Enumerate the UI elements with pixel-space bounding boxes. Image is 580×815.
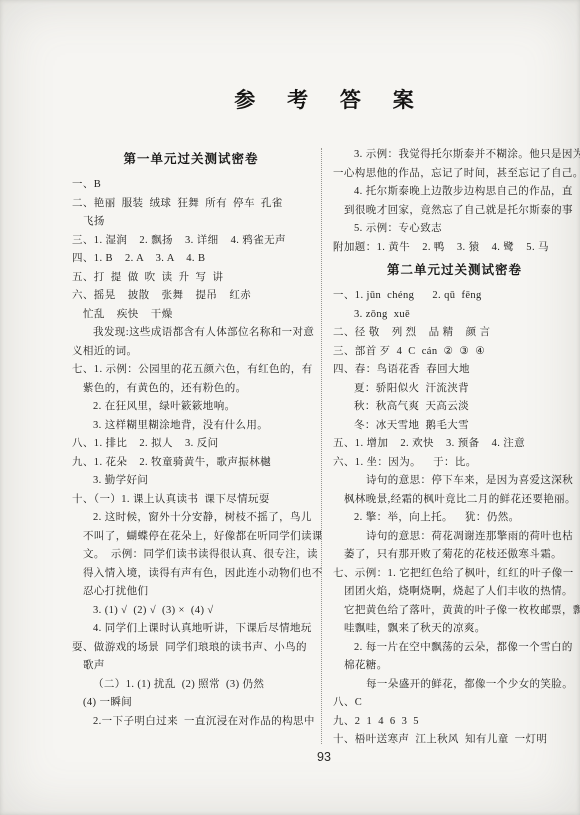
answer-line: 四、1. B 2. A 3. A 4. B xyxy=(72,250,310,269)
answer-line: 哇飘哇，飘来了秋天的凉爽。 xyxy=(333,620,576,639)
left-column: 第一单元过关测试密卷一、B二、艳丽 服装 绒球 狂舞 所有 停车 孔雀飞扬三、1… xyxy=(72,146,310,750)
answer-line: 附加题：1. 黄牛 2. 鸭 3. 猿 4. 鹭 5. 马 xyxy=(333,239,576,258)
answer-key-page: 参 考 答 案 第一单元过关测试密卷一、B二、艳丽 服装 绒球 狂舞 所有 停车… xyxy=(0,0,580,815)
answer-line: 八、1. 排比 2. 拟人 3. 反问 xyxy=(72,435,310,454)
answer-line: 七、1. 示例：公园里的花五颜六色，有红色的，有 xyxy=(72,361,310,380)
right-column: 3. 示例：我觉得托尔斯泰并不糊涂。他只是因为一心构思他的作品，忘记了时间，甚至… xyxy=(333,146,576,750)
answer-line: 诗句的意思：停下车来，是因为喜爱这深秋 xyxy=(333,472,576,491)
answer-line: 得入情入境，读得有声有色，因此连小动物们也不 xyxy=(72,565,310,584)
answer-line: 忍心打扰他们 xyxy=(72,583,310,602)
answer-line: 秋：秋高气爽 天高云淡 xyxy=(333,398,576,417)
answer-line: 3. 这样糊里糊涂地背，没有什么用。 xyxy=(72,417,310,436)
answer-line: 二、艳丽 服装 绒球 狂舞 所有 停车 孔雀 xyxy=(72,195,310,214)
answer-line: 不叫了，蝴蝶停在花朵上，好像都在听同学们读课 xyxy=(72,528,310,547)
answer-line: 六、摇晃 披散 张舞 提吊 红赤 xyxy=(72,287,310,306)
answer-line: 九、2 1 4 6 3 5 xyxy=(333,713,576,732)
answer-line: 每一朵盛开的鲜花，都像一个少女的笑脸。 xyxy=(333,676,576,695)
answer-line: 2. 这时候，窗外十分安静，树枝不摇了，鸟儿 xyxy=(72,509,310,528)
answer-line: 3. (1) √ (2) √ (3) × (4) √ xyxy=(72,602,310,621)
answer-line: 到很晚才回家，竟然忘了自己就是托尔斯泰的事 xyxy=(333,202,576,221)
answer-line: 耍、做游戏的场景 同学们琅琅的读书声、小鸟的 xyxy=(72,639,310,658)
answer-line: 一、B xyxy=(72,176,310,195)
answer-line: 一心构思他的作品，忘记了时间，甚至忘记了自己。 xyxy=(333,165,576,184)
two-column-layout: 第一单元过关测试密卷一、B二、艳丽 服装 绒球 狂舞 所有 停车 孔雀飞扬三、1… xyxy=(72,146,576,750)
answer-line: 萎了，只有那开败了菊花的花枝还傲寒斗霜。 xyxy=(333,546,576,565)
section-title: 第二单元过关测试密卷 xyxy=(333,260,576,280)
answer-line: 紫色的，有黄色的，还有粉色的。 xyxy=(72,380,310,399)
answer-line: 诗句的意思：荷花凋谢连那擎雨的荷叶也枯 xyxy=(333,528,576,547)
answer-line: 冬：冰天雪地 鹅毛大雪 xyxy=(333,417,576,436)
answer-line: 飞扬 xyxy=(72,213,310,232)
answer-line: 2. 擎：举，向上托。 犹：仍然。 xyxy=(333,509,576,528)
answer-line: 我发现:这些成语都含有人体部位名称和一对意 xyxy=(72,324,310,343)
answer-line: 七、示例：1. 它把红色给了枫叶，红红的叶子像一 xyxy=(333,565,576,584)
answer-line: 四、春：鸟语花香 春回大地 xyxy=(333,361,576,380)
answer-line: （二）1. (1) 扰乱 (2) 照常 (3) 仍然 xyxy=(72,676,310,695)
answer-line: 3. 示例：我觉得托尔斯泰并不糊涂。他只是因为 xyxy=(333,146,576,165)
answer-line: 五、1. 增加 2. 欢快 3. 预备 4. 注意 xyxy=(333,435,576,454)
answer-line: 它把黄色给了落叶，黄黄的叶子像一枚枚邮票，飘 xyxy=(333,602,576,621)
answer-line: 三、部首 歹 4 C cán ② ③ ④ xyxy=(333,343,576,362)
answer-line: 一、1. jūn chéng 2. qū fēng xyxy=(333,287,576,306)
answer-line: 二、径 敬 列 烈 品 精 颜 言 xyxy=(333,324,576,343)
answer-line: 棉花糖。 xyxy=(333,657,576,676)
answer-line: 文。 示例：同学们读书读得很认真、很专注，读 xyxy=(72,546,310,565)
answer-line: 5. 示例：专心致志 xyxy=(333,220,576,239)
answer-line: 4. 托尔斯泰晚上边散步边构思自己的作品，直 xyxy=(333,183,576,202)
answer-line: 2.一下子明白过来 一直沉浸在对作品的构思中 xyxy=(72,713,310,732)
answer-line: 夏：骄阳似火 汗流浃背 xyxy=(333,380,576,399)
answer-line: 2. 每一片在空中飘荡的云朵，都像一个雪白的 xyxy=(333,639,576,658)
answer-line: 六、1. 坐：因为。 于：比。 xyxy=(333,454,576,473)
page-number: 93 xyxy=(72,750,576,764)
answer-line: 歌声 xyxy=(72,657,310,676)
answer-line: 十、（一）1. 课上认真读书 课下尽情玩耍 xyxy=(72,491,310,510)
answer-line: 4. 同学们上课时认真地听讲，下课后尽情地玩 xyxy=(72,620,310,639)
column-divider xyxy=(321,148,322,744)
answer-line: 义相近的词。 xyxy=(72,343,310,362)
answer-line: 十、梧叶送寒声 江上秋风 知有儿童 一灯明 xyxy=(333,731,576,750)
answer-line: 忙乱 疾快 干燥 xyxy=(72,306,310,325)
section-title: 第一单元过关测试密卷 xyxy=(72,149,310,169)
answer-line: 五、打 提 做 吹 读 升 写 讲 xyxy=(72,269,310,288)
answer-line: 九、1. 花朵 2. 牧童骑黄牛，歌声振林樾 xyxy=(72,454,310,473)
page-title: 参 考 答 案 xyxy=(72,84,576,114)
answer-line: 3. 勤学好问 xyxy=(72,472,310,491)
answer-line: 2. 在狂风里，绿叶簌簌地响。 xyxy=(72,398,310,417)
answer-line: 枫林晚景,经霜的枫叶竟比二月的鲜花还要艳丽。 xyxy=(333,491,576,510)
answer-line: 团团火焰，烧啊烧啊，烧起了人们丰收的热情。 xyxy=(333,583,576,602)
answer-line: 八、C xyxy=(333,694,576,713)
answer-line: 3. zōng xuē xyxy=(333,306,576,325)
answer-line: 三、1. 湿润 2. 飘扬 3. 详细 4. 鸦雀无声 xyxy=(72,232,310,251)
answer-line: (4) 一瞬间 xyxy=(72,694,310,713)
